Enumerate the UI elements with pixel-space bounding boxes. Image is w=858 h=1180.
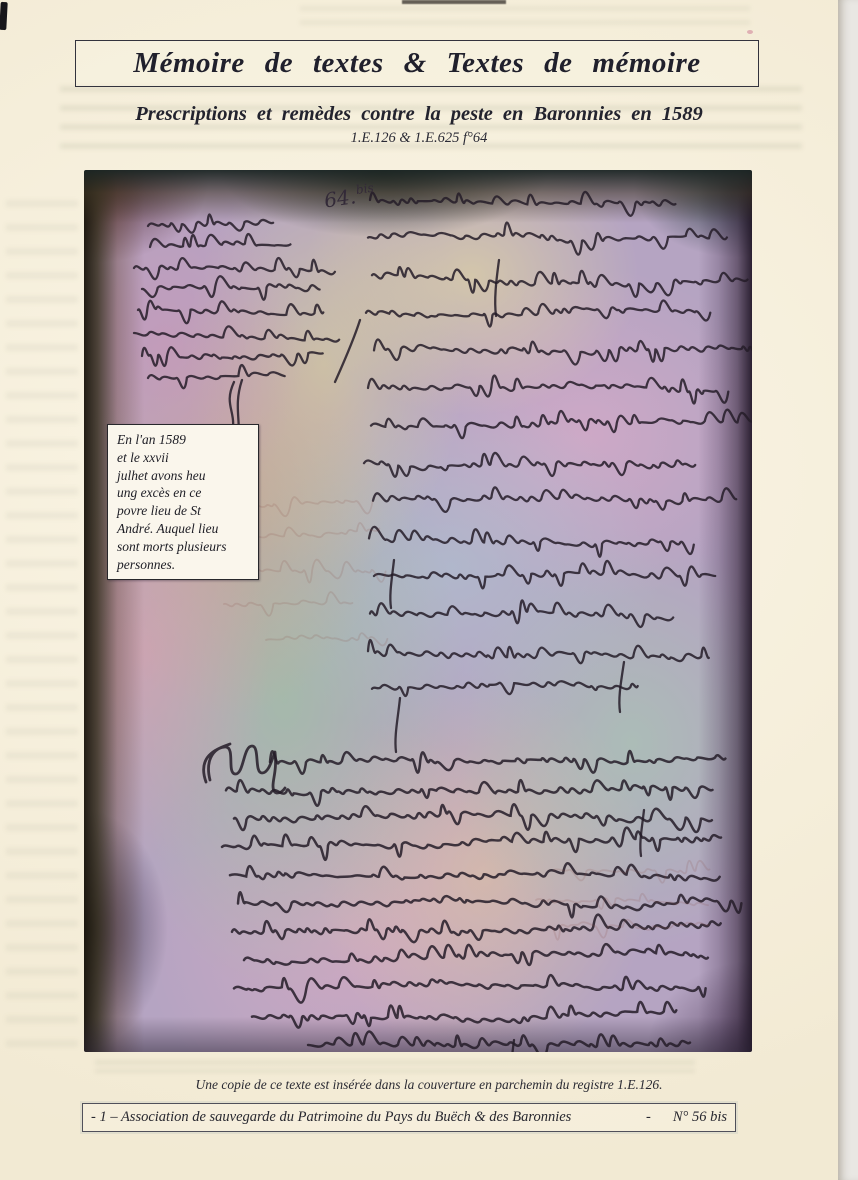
bleedthrough-text-left-margin — [6, 200, 78, 1060]
photo-caption: Une copie de ce texte est insérée dans l… — [0, 1077, 858, 1093]
masthead-title-box: Mémoire de textes & Textes de mémoire — [75, 40, 759, 87]
scan-artifact-dash — [402, 0, 506, 4]
handwriting-flourishes — [204, 260, 644, 1052]
scanner-background-strip — [838, 0, 858, 1180]
archive-reference: 1.E.126 & 1.E.625 f°64 — [0, 130, 838, 147]
scan-artifact-corner — [0, 2, 8, 30]
footer-issue-number: N° 56 bis — [673, 1109, 727, 1126]
bleedthrough-text-below-photo — [95, 1060, 695, 1073]
manuscript-handwriting — [84, 170, 752, 1052]
handwriting-lines — [134, 192, 752, 1052]
transcription-inset-box: En l'an 1589 et le xxvii julhet avons he… — [107, 424, 259, 580]
footer-association: - 1 – Association de sauvegarde du Patri… — [91, 1109, 636, 1126]
footer-dash: - — [646, 1109, 651, 1126]
article-subtitle: Prescriptions et remèdes contre la peste… — [0, 103, 838, 126]
bleedthrough-text-top — [300, 6, 750, 32]
newsletter-page: Mémoire de textes & Textes de mémoire Pr… — [0, 0, 858, 1180]
manuscript-photo: 64.bis — [84, 170, 752, 1052]
folio-suffix: bis — [355, 181, 374, 197]
masthead-title: Mémoire de textes & Textes de mémoire — [133, 47, 700, 80]
footer-bar: - 1 – Association de sauvegarde du Patri… — [82, 1103, 736, 1132]
scan-artifact-dot — [747, 30, 753, 34]
